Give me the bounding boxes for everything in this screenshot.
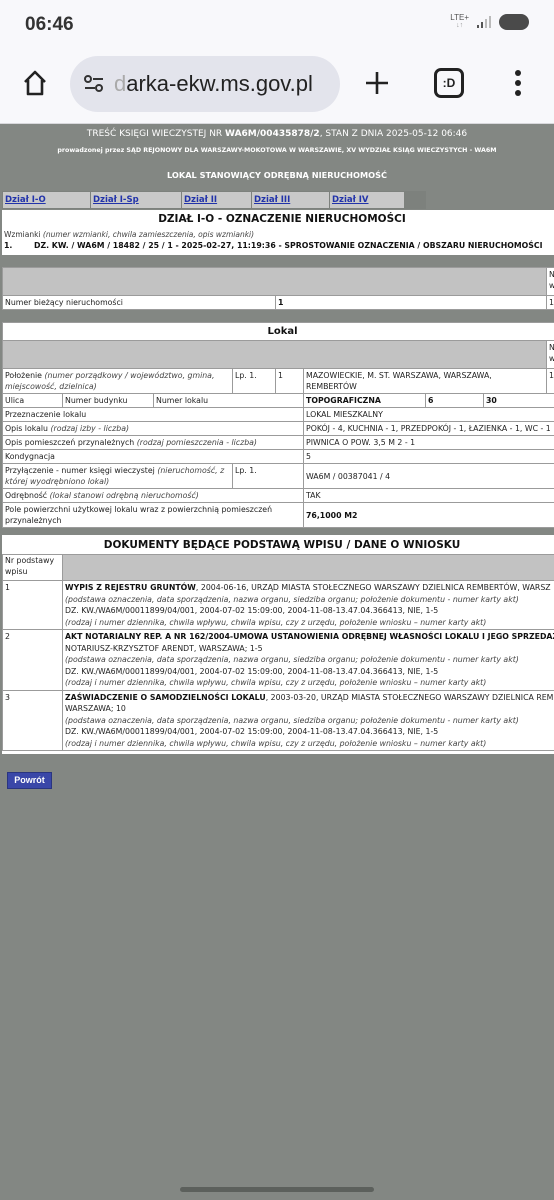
browser-chrome: 06:46 LTE+ ↓↑ darka-ekw.ms.gov.pl bbox=[0, 0, 554, 124]
odrebnosc-value: TAK bbox=[304, 489, 554, 503]
przylaczenie-label: Przyłączenie - numer księgi wieczystej (… bbox=[3, 464, 233, 489]
tab-dzial-i-sp[interactable]: Dział I-Sp bbox=[91, 192, 181, 208]
kondygnacja-label: Kondygnacja bbox=[3, 450, 304, 464]
tab-dzial-i-o[interactable]: Dział I-O bbox=[3, 192, 90, 208]
document-nr: 3 bbox=[3, 690, 63, 751]
more-menu-button[interactable] bbox=[508, 66, 528, 100]
opis-label: Opis lokalu (rodzaj izby - liczba) bbox=[3, 422, 304, 436]
url-domain: arka-ekw.ms.gov.pl bbox=[126, 71, 313, 96]
dot bbox=[515, 80, 521, 86]
network-type: LTE+ bbox=[450, 13, 469, 22]
tab-dzial-ii[interactable]: Dział II bbox=[182, 192, 251, 208]
dot bbox=[515, 90, 521, 96]
polozenie-label: Położenie (numer porządkowy / województw… bbox=[3, 369, 233, 394]
pole-value: 76,1000 M2 bbox=[304, 503, 554, 528]
section-title: DZIAŁ I-O - OZNACZENIE NIERUCHOMOŚCI bbox=[2, 210, 554, 229]
document-details: AKT NOTARIALNY REP. A NR 162/2004-UMOWA … bbox=[63, 630, 554, 691]
budynek-value: 6 bbox=[426, 394, 484, 408]
polozenie-side: 1, bbox=[547, 369, 554, 394]
back-button[interactable]: Powrót bbox=[7, 772, 52, 789]
polozenie-lp: Lp. 1. bbox=[233, 369, 276, 394]
side-header: N w bbox=[547, 341, 554, 369]
document-nr: 2 bbox=[3, 630, 63, 691]
lokal-section: Lokal N w Położenie (numer porządkowy / … bbox=[2, 322, 554, 528]
lokal-nr-label: Numer lokalu bbox=[154, 394, 304, 408]
pomieszczenia-label: Opis pomieszczeń przynależnych (rodzaj p… bbox=[3, 436, 304, 450]
wzmianka-number: 1. bbox=[4, 241, 34, 250]
document-details: ZAŚWIADCZENIE O SAMODZIELNOŚCI LOKALU, 2… bbox=[63, 690, 554, 751]
address-bar[interactable]: darka-ekw.ms.gov.pl bbox=[70, 56, 340, 112]
polozenie-nr: 1 bbox=[276, 369, 304, 394]
data-arrows-icon: ↓↑ bbox=[450, 22, 469, 30]
przeznaczenie-value: LOKAL MIESZKALNY bbox=[304, 408, 554, 422]
header-prefix: TREŚĆ KSIĘGI WIECZYSTEJ NR bbox=[87, 129, 225, 139]
ulica-label: Ulica bbox=[3, 394, 63, 408]
kw-header-line: TREŚĆ KSIĘGI WIECZYSTEJ NR WA6M/00435878… bbox=[0, 125, 554, 142]
wzmianka-text: DZ. KW. / WA6M / 18482 / 25 / 1 - 2025-0… bbox=[34, 241, 542, 250]
pole-label: Pole powierzchni użytkowej lokalu wraz z… bbox=[3, 503, 304, 528]
section-nav: Dział I-O Dział I-Sp Dział II Dział III … bbox=[2, 191, 426, 209]
url-text[interactable]: darka-ekw.ms.gov.pl bbox=[114, 71, 313, 97]
plus-icon bbox=[364, 70, 390, 96]
kondygnacja-value: 5 bbox=[304, 450, 554, 464]
signal-icon bbox=[477, 16, 491, 28]
polozenie-value: MAZOWIECKIE, M. ST. WARSZAWA, WARSZAWA, … bbox=[304, 369, 547, 394]
przylaczenie-lp: Lp. 1. bbox=[233, 464, 304, 489]
status-icons: LTE+ ↓↑ bbox=[450, 14, 529, 30]
wzmianki-label: Wzmianki (numer wzmianki, chwila zamiesz… bbox=[2, 229, 554, 240]
tab-dzial-iii[interactable]: Dział III bbox=[252, 192, 329, 208]
przeznaczenie-label: Przeznaczenie lokalu bbox=[3, 408, 304, 422]
lokal-title: Lokal bbox=[3, 323, 554, 341]
numer-side-value: 1, bbox=[547, 296, 554, 310]
document-details: WYPIS Z REJESTRU GRUNTÓW, 2004-06-16, UR… bbox=[63, 581, 554, 630]
odrebnosc-label: Odrębność (lokal stanowi odrębną nieruch… bbox=[3, 489, 304, 503]
przylaczenie-value: WA6M / 00387041 / 4 bbox=[304, 464, 554, 489]
gesture-navigation-bar[interactable] bbox=[180, 1187, 374, 1192]
pomieszczenia-value: PIWNICA O POW. 3,5 M 2 - 1 bbox=[304, 436, 554, 450]
section-dzial-i-o: DZIAŁ I-O - OZNACZENIE NIERUCHOMOŚCI Wzm… bbox=[2, 210, 554, 255]
site-settings-icon[interactable] bbox=[82, 73, 106, 95]
wzmianka-row: 1. DZ. KW. / WA6M / 18482 / 25 / 1 - 202… bbox=[2, 240, 554, 252]
document-row: 2 AKT NOTARIALNY REP. A NR 162/2004-UMOW… bbox=[3, 630, 554, 691]
home-button[interactable] bbox=[18, 66, 52, 100]
new-tab-button[interactable] bbox=[360, 66, 394, 100]
status-time: 06:46 bbox=[25, 14, 74, 36]
court-header-line: prowadzonej przez SĄD REJONOWY DLA WARSZ… bbox=[0, 142, 554, 164]
nr-podstawy-header: Nr podstawy wpisu bbox=[3, 555, 63, 581]
side-header: N w bbox=[547, 268, 554, 296]
table-header bbox=[3, 268, 547, 296]
battery-icon bbox=[499, 14, 529, 30]
budynek-label: Numer budynku bbox=[63, 394, 154, 408]
dot bbox=[515, 70, 521, 76]
numer-value: 1 bbox=[276, 296, 547, 310]
property-type-header: LOKAL STANOWIĄCY ODRĘBNĄ NIERUCHOMOŚĆ bbox=[0, 164, 554, 192]
numer-label: Numer bieżący nieruchomości bbox=[3, 296, 276, 310]
url-faded-char: d bbox=[114, 71, 126, 96]
ulica-value: TOPOGRAFICZNA bbox=[304, 394, 426, 408]
numer-biezacy-table: N w Numer bieżący nieruchomości 1 1, bbox=[2, 267, 554, 310]
lokal-nr-value: 30 bbox=[484, 394, 554, 408]
header-suffix: , STAN Z DNIA 2025-05-12 06:46 bbox=[320, 129, 467, 139]
page-content: TREŚĆ KSIĘGI WIECZYSTEJ NR WA6M/00435878… bbox=[0, 125, 554, 192]
document-nr: 1 bbox=[3, 581, 63, 630]
table-header bbox=[3, 341, 547, 369]
tab-switcher-button[interactable]: :D bbox=[434, 68, 464, 98]
documents-title: DOKUMENTY BĘDĄCE PODSTAWĄ WPISU / DANE O… bbox=[2, 535, 554, 554]
documents-section: DOKUMENTY BĘDĄCE PODSTAWĄ WPISU / DANE O… bbox=[2, 535, 554, 754]
kw-number: WA6M/00435878/2 bbox=[225, 129, 320, 139]
document-row: 3 ZAŚWIADCZENIE O SAMODZIELNOŚCI LOKALU,… bbox=[3, 690, 554, 751]
document-row: 1 WYPIS Z REJESTRU GRUNTÓW, 2004-06-16, … bbox=[3, 581, 554, 630]
tab-dzial-iv[interactable]: Dział IV bbox=[330, 192, 404, 208]
home-icon bbox=[21, 69, 49, 97]
opis-value: POKÓJ - 4, KUCHNIA - 1, PRZEDPOKÓJ - 1, … bbox=[304, 422, 554, 436]
documents-header bbox=[63, 555, 554, 581]
network-indicator: LTE+ ↓↑ bbox=[450, 14, 469, 30]
